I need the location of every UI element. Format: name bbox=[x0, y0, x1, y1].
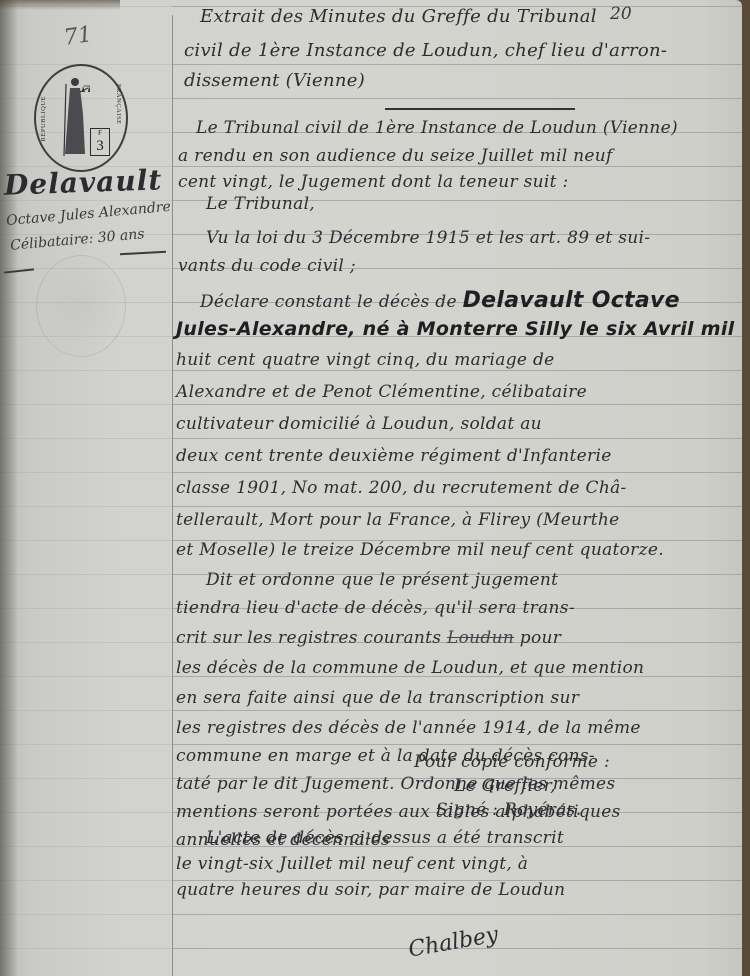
transcription-line: quatre heures du soir, par maire de Loud… bbox=[176, 880, 565, 900]
body-line: Jules-Alexandre, né à Monterre Silly le … bbox=[176, 318, 734, 340]
body-line: tellerault, Mort pour la France, à Flire… bbox=[176, 510, 620, 530]
body-line: classe 1901, No mat. 200, du recrutement… bbox=[176, 478, 627, 498]
top-shadow bbox=[0, 0, 120, 10]
struck-word: Loudun bbox=[447, 628, 514, 648]
greffier-signed: Signé : Royéras. bbox=[436, 800, 581, 820]
spine-shadow bbox=[0, 0, 18, 976]
transcription-line: le vingt-six Juillet mil neuf cent vingt… bbox=[176, 854, 528, 874]
greffier-title: Le Greffier, bbox=[454, 776, 556, 796]
transcription-line: L'acte de décès ci-dessus a été transcri… bbox=[206, 828, 564, 848]
body-line: tiendra lieu d'acte de décès, qu'il sera… bbox=[176, 598, 575, 618]
body-line: vants du code civil ; bbox=[178, 256, 356, 276]
embossed-seal bbox=[36, 255, 126, 357]
deceased-name: Delavault Octave bbox=[463, 288, 680, 313]
header-line-3: dissement (Vienne) bbox=[184, 70, 365, 91]
body-line: en sera faite ainsi que de la transcript… bbox=[176, 688, 579, 708]
body-line: a rendu en son audience du seize Juillet… bbox=[178, 146, 613, 166]
body-line: Alexandre et de Penot Clémentine, céliba… bbox=[176, 382, 587, 402]
stamp-text-left: RÉPUBLIQUE bbox=[40, 96, 47, 141]
header-line-2: civil de 1ère Instance de Loudun, chef l… bbox=[184, 40, 667, 61]
copy-certification: Pour copie conforme : bbox=[414, 752, 610, 772]
body-line: et Moselle) le treize Décembre mil neuf … bbox=[176, 540, 664, 560]
body-line: Vu la loi du 3 Décembre 1915 et les art.… bbox=[206, 228, 650, 248]
body-line: Dit et ordonne que le présent jugement bbox=[206, 570, 558, 590]
body-line: cultivateur domicilié à Loudun, soldat a… bbox=[176, 414, 542, 434]
stamp-value: F 3 bbox=[90, 128, 110, 156]
body-line-with-strike: crit sur les registres courants Loudun p… bbox=[176, 628, 561, 648]
folio-number-left: 71 bbox=[62, 22, 93, 51]
fiscal-stamp: RÉPUBLIQUE FRANÇAISE F 3 bbox=[34, 64, 128, 172]
register-page: 71 20 RÉPUBLIQUE FRANÇAISE F 3 Delavault… bbox=[0, 0, 742, 976]
body-line: cent vingt, le Jugement dont la teneur s… bbox=[178, 172, 568, 192]
body-line: deux cent trente deuxième régiment d'Inf… bbox=[176, 446, 612, 466]
justice-figure-icon bbox=[60, 74, 90, 160]
header-underline bbox=[385, 108, 575, 110]
body-line: Le Tribunal civil de 1ère Instance de Lo… bbox=[196, 118, 678, 138]
header-line-1: Extrait des Minutes du Greffe du Tribuna… bbox=[200, 6, 597, 27]
folio-number-right: 20 bbox=[610, 4, 632, 24]
body-line: les registres des décès de l'année 1914,… bbox=[176, 718, 641, 738]
body-line: huit cent quatre vingt cinq, du mariage … bbox=[176, 350, 555, 370]
declaration-line: Déclare constant le décès de Delavault O… bbox=[200, 288, 680, 313]
body-line: Le Tribunal, bbox=[206, 194, 315, 214]
margin-rule bbox=[172, 15, 173, 976]
stamp-text-right: FRANÇAISE bbox=[115, 84, 122, 125]
margin-surname: Delavault bbox=[3, 163, 162, 202]
body-line: les décès de la commune de Loudun, et qu… bbox=[176, 658, 644, 678]
